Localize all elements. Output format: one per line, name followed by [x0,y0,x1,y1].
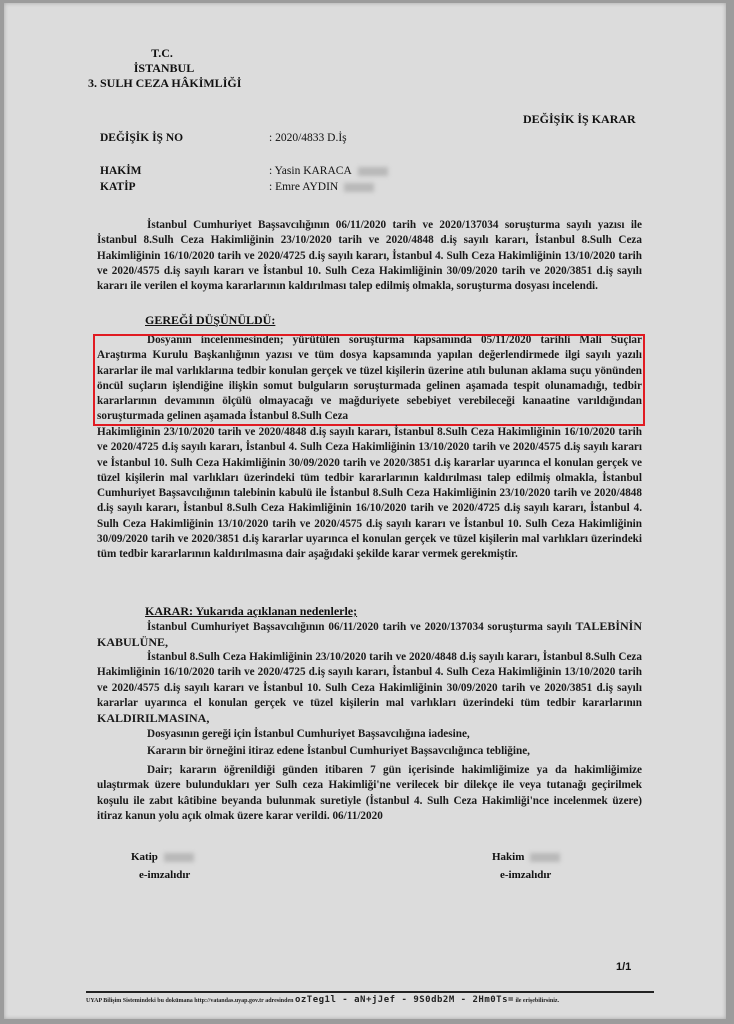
document-page: T.C. İSTANBUL 3. SULH CEZA HÂKİMLİĞİ DEĞ… [4,3,726,1019]
karar-item-3: Dosyasının gereği için İstanbul Cumhuriy… [97,727,642,742]
section-title-gereği: GEREĞİ DÜŞÜNÜLDÜ: [145,313,275,328]
karar-item-5: Dair; kararın öğrenildiği günden itibare… [97,763,642,824]
continuation-paragraph: Hakimliğinin 23/10/2020 tarih ve 2020/48… [97,425,642,563]
doc-type-title: DEĞİŞİK İŞ KARAR [523,112,636,127]
field-label-case-no: DEĞİŞİK İŞ NO [100,132,183,144]
field-value-clerk: : Emre AYDIN [269,181,374,193]
karar-item-1: İstanbul Cumhuriyet Başsavcılığının 06/1… [97,619,642,652]
karar-item-4: Kararın bir örneğini itiraz edene İstanb… [97,744,642,759]
field-label-clerk: KATİP [100,181,136,193]
footer-divider [86,991,654,993]
page-number: 1/1 [616,961,631,973]
redacted-signature [530,853,560,862]
judge-e-signed: e-imzalıdır [500,869,551,881]
redacted-signature [358,167,388,176]
header-court: 3. SULH CEZA HÂKİMLİĞİ [88,76,241,91]
field-value-judge: : Yasin KARACA [269,165,388,177]
verification-code: ozTeg1l - aN+jJef - 9S0db2M - 2Hm0Ts= [295,995,514,1005]
header-country: T.C. [132,46,192,61]
redacted-signature [164,853,194,862]
karar-item-2: İstanbul 8.Sulh Ceza Hakimliğinin 23/10/… [97,650,642,727]
judge-signature: Hakim [492,851,560,863]
section-title-karar: KARAR: Yukarıda açıklanan nedenlerle; [145,604,357,619]
intro-paragraph: İstanbul Cumhuriyet Başsavcılığının 06/1… [97,218,642,294]
clerk-signature: Katip [131,851,194,863]
header-city: İSTANBUL [104,61,224,76]
field-label-judge: HAKİM [100,165,142,177]
footer-verification: UYAP Bilişim Sistemindeki bu dokümana ht… [86,995,654,1005]
red-highlight-box [93,334,645,426]
field-value-case-no: : 2020/4833 D.İş [269,132,347,144]
clerk-e-signed: e-imzalıdır [139,869,190,881]
redacted-signature [344,183,374,192]
